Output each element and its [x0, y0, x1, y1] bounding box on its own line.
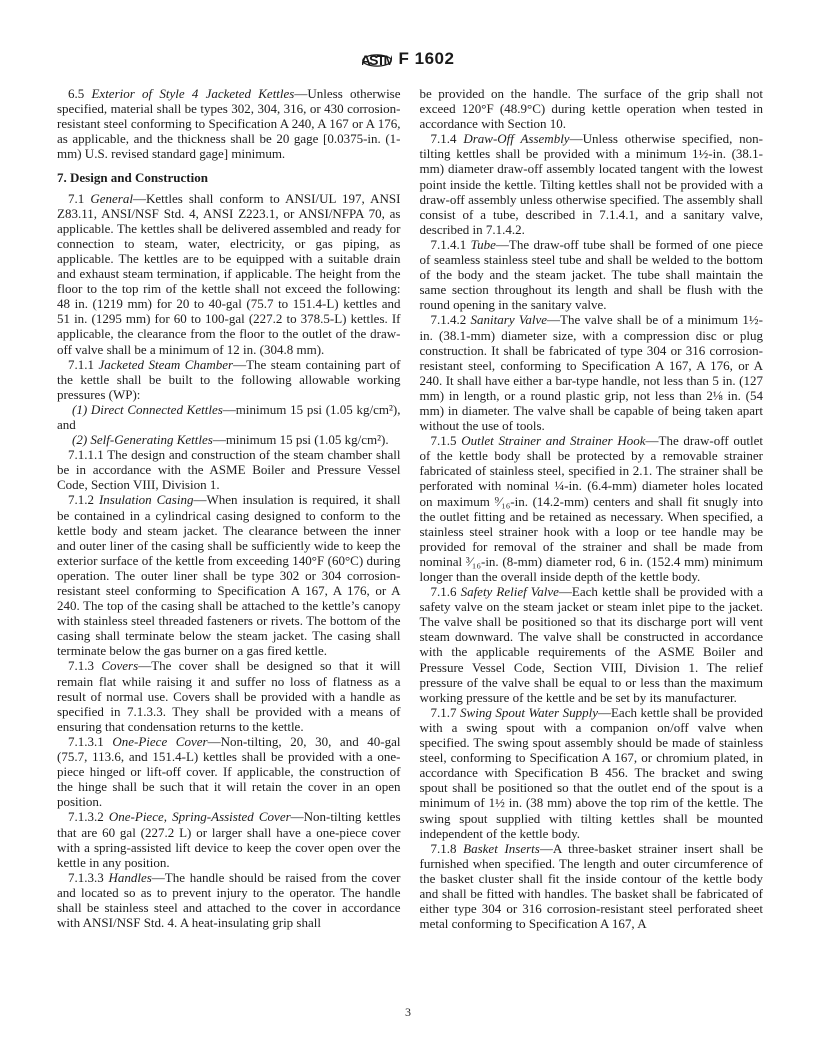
- text-run: Safety Relief Valve: [461, 584, 559, 599]
- text-run: 7.1.3.1: [68, 734, 112, 749]
- text-run: (1) Direct Connected Kettles: [72, 402, 223, 417]
- text-run: 7.1.1.1 The design and construction of t…: [57, 447, 401, 492]
- paragraph: 7.1.4 Draw-Off Assembly—Unless otherwise…: [420, 131, 764, 237]
- paragraph: 7.1 General—Kettles shall conform to ANS…: [57, 191, 401, 357]
- document-body: 6.5 Exterior of Style 4 Jacketed Kettles…: [57, 86, 763, 931]
- text-run: General: [90, 191, 133, 206]
- text-run: Basket Inserts: [463, 841, 540, 856]
- text-run: —The draw-off outlet of the kettle body …: [420, 433, 764, 584]
- paragraph: 7.1.8 Basket Inserts—A three-basket stra…: [420, 841, 764, 932]
- paragraph: (1) Direct Connected Kettles—minimum 15 …: [57, 402, 401, 432]
- text-run: 7.1.3: [68, 658, 101, 673]
- paragraph: be provided on the handle. The surface o…: [420, 86, 764, 131]
- text-run: —The valve shall be of a minimum 1½-in. …: [420, 312, 764, 433]
- page-header: ASTM F 1602: [0, 44, 816, 74]
- text-run: Handles: [108, 870, 151, 885]
- text-run: Outlet Strainer and Strainer Hook: [461, 433, 645, 448]
- paragraph: 7.1.3.2 One-Piece, Spring-Assisted Cover…: [57, 809, 401, 869]
- text-run: Insulation Casing: [99, 492, 194, 507]
- left-column: 6.5 Exterior of Style 4 Jacketed Kettles…: [57, 86, 401, 931]
- paragraph: 7.1.4.1 Tube—The draw-off tube shall be …: [420, 237, 764, 312]
- section-heading: 7. Design and Construction: [57, 170, 401, 185]
- paragraph: 7.1.3.1 One-Piece Cover—Non-tilting, 20,…: [57, 734, 401, 809]
- text-run: 7.1.7: [431, 705, 461, 720]
- astm-logo-text: ASTM: [362, 53, 392, 69]
- text-run: 7. Design and Construction: [57, 170, 208, 185]
- text-run: —Unless otherwise specified, non-tilting…: [420, 131, 764, 237]
- text-run: Swing Spout Water Supply: [460, 705, 598, 720]
- text-run: Sanitary Valve: [471, 312, 548, 327]
- text-run: 7.1.2: [68, 492, 99, 507]
- right-column: be provided on the handle. The surface o…: [420, 86, 764, 931]
- text-run: —Kettles shall conform to ANSI/UL 197, A…: [57, 191, 401, 357]
- doc-number: F 1602: [399, 49, 455, 69]
- paragraph: 7.1.1 Jacketed Steam Chamber—The steam c…: [57, 357, 401, 402]
- text-run: 7.1: [68, 191, 90, 206]
- astm-logo: ASTM: [362, 44, 392, 74]
- text-run: 7.1.4.1: [431, 237, 471, 252]
- text-run: Draw-Off Assembly: [463, 131, 569, 146]
- paragraph: 7.1.1.1 The design and construction of t…: [57, 447, 401, 492]
- paragraph: 7.1.2 Insulation Casing—When insulation …: [57, 492, 401, 658]
- page-number: 3: [0, 1005, 816, 1020]
- text-run: 7.1.5: [431, 433, 462, 448]
- text-run: 7.1.3.3: [68, 870, 108, 885]
- text-run: Exterior of Style 4 Jacketed Kettles: [91, 86, 294, 101]
- text-run: 7.1.6: [431, 584, 461, 599]
- paragraph: 7.1.7 Swing Spout Water Supply—Each kett…: [420, 705, 764, 841]
- text-run: 6.5: [68, 86, 91, 101]
- paragraph: 7.1.5 Outlet Strainer and Strainer Hook—…: [420, 433, 764, 584]
- paragraph: 7.1.4.2 Sanitary Valve—The valve shall b…: [420, 312, 764, 433]
- text-run: 7.1.4: [431, 131, 464, 146]
- text-run: —Each kettle shall be provided with a sa…: [420, 584, 764, 705]
- text-run: —When insulation is required, it shall b…: [57, 492, 401, 658]
- text-run: —Each kettle shall be provided with a sw…: [420, 705, 764, 841]
- text-run: 7.1.1: [68, 357, 99, 372]
- text-run: be provided on the handle. The surface o…: [420, 86, 764, 131]
- text-run: Covers: [101, 658, 138, 673]
- text-run: 7.1.8: [431, 841, 464, 856]
- paragraph: 7.1.3 Covers—The cover shall be designed…: [57, 658, 401, 733]
- paragraph: 6.5 Exterior of Style 4 Jacketed Kettles…: [57, 86, 401, 161]
- paragraph: 7.1.3.3 Handles—The handle should be rai…: [57, 870, 401, 930]
- text-run: (2) Self-Generating Kettles: [72, 432, 213, 447]
- text-run: 7.1.3.2: [68, 809, 109, 824]
- text-run: Tube: [471, 237, 496, 252]
- text-run: One-Piece, Spring-Assisted Cover: [109, 809, 291, 824]
- text-run: Jacketed Steam Chamber: [99, 357, 234, 372]
- text-run: 7.1.4.2: [431, 312, 471, 327]
- paragraph: (2) Self-Generating Kettles—minimum 15 p…: [57, 432, 401, 447]
- text-run: One-Piece Cover: [112, 734, 207, 749]
- document-page: ASTM F 1602 6.5 Exterior of Style 4 Jack…: [0, 0, 816, 1056]
- paragraph: 7.1.6 Safety Relief Valve—Each kettle sh…: [420, 584, 764, 705]
- text-run: —minimum 15 psi (1.05 kg/cm²).: [213, 432, 389, 447]
